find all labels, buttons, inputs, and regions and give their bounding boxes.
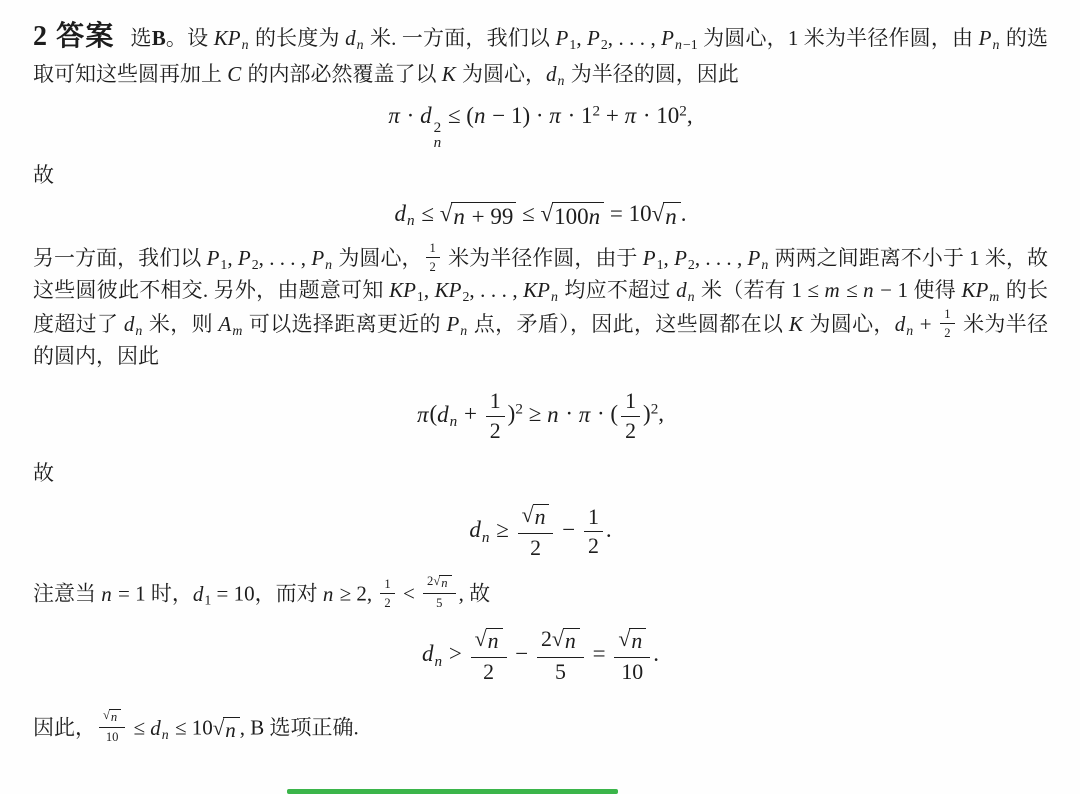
equation: dn ≥ √n2 − 12.	[33, 503, 1048, 560]
square-root: √n	[103, 709, 121, 725]
fraction: √n2	[518, 503, 554, 560]
square-root: √n	[552, 628, 580, 655]
fraction: √n10	[99, 708, 125, 744]
square-root: √n	[433, 575, 451, 591]
paragraph: 因此，√n10 ≤ dn ≤ 10√n, B 选项正确.	[33, 708, 1048, 745]
radical-sign: √	[433, 576, 440, 589]
equation: π(dn + 12)2 ≥ n · π · (12)2,	[33, 389, 1048, 443]
paragraph: 2 答案选B。设 KPn 的长度为 dn 米. 一方面，我们以 P1, P2, …	[33, 16, 1048, 91]
paragraph: 故	[33, 159, 1048, 189]
fraction: 2√n5	[423, 574, 456, 610]
radical-sign: √	[103, 710, 110, 723]
fraction: 12	[380, 577, 394, 610]
radical-sign: √	[475, 628, 487, 651]
fraction: 12	[940, 307, 954, 340]
fraction: 2√n5	[537, 627, 584, 684]
paragraph: 另一方面，我们以 P1, P2, . . . , Pn 为圆心，12 米为半径作…	[33, 241, 1048, 373]
square-root: √n	[652, 202, 681, 230]
page: 2 答案选B。设 KPn 的长度为 dn 米. 一方面，我们以 P1, P2, …	[0, 0, 1080, 794]
fraction: 12	[621, 389, 640, 443]
section-heading: 2 答案	[33, 21, 115, 52]
equation: π · d2n ≤ (n − 1) · π · 12 + π · 102,	[33, 101, 1048, 151]
video-progress-bar[interactable]	[287, 789, 618, 794]
square-root: √n	[213, 717, 240, 743]
fraction: 12	[584, 505, 603, 559]
equation: dn ≤ √n + 99 ≤ √100n = 10√n.	[33, 199, 1048, 231]
fraction: 12	[486, 389, 505, 443]
radical-sign: √	[652, 202, 665, 226]
paragraph: 注意当 n = 1 时，d1 = 10，而对 n ≥ 2, 12 < 2√n5,…	[33, 574, 1048, 611]
square-root: √n	[475, 628, 503, 655]
square-root: √n + 99	[440, 202, 517, 230]
solution-document: 2 答案选B。设 KPn 的长度为 dn 米. 一方面，我们以 P1, P2, …	[33, 16, 1048, 745]
radical-sign: √	[540, 202, 553, 226]
square-root: √n	[618, 628, 646, 655]
fraction: 12	[426, 241, 440, 274]
fraction: √n10	[614, 627, 650, 684]
square-root: √n	[522, 504, 550, 531]
fraction: √n2	[471, 627, 507, 684]
radical-sign: √	[522, 504, 534, 527]
radical-sign: √	[552, 628, 564, 651]
radical-sign: √	[213, 717, 225, 739]
radical-sign: √	[618, 628, 630, 651]
radical-sign: √	[440, 202, 453, 226]
paragraph: 故	[33, 457, 1048, 487]
square-root: √100n	[540, 202, 604, 230]
equation: dn > √n2 − 2√n5 = √n10.	[33, 627, 1048, 684]
